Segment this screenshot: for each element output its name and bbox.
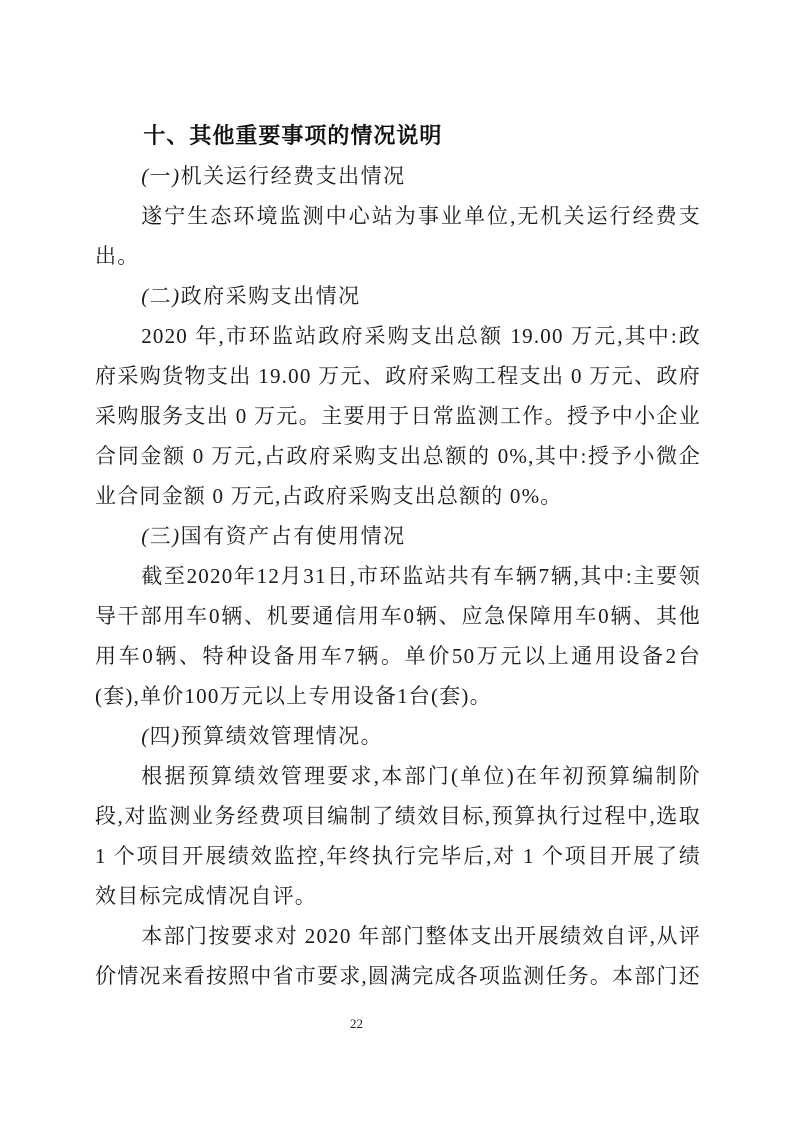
section-title-budget-performance: (四)预算绩效管理情况。 <box>95 716 701 756</box>
section-title-organ-operating-expense: (一)机关运行经费支出情况 <box>95 156 701 196</box>
paragraph-budget-performance-2: 本部门按要求对 2020 年部门整体支出开展绩效自评,从评价情况来看按照中省市要… <box>95 916 701 996</box>
document-page: 十、其他重要事项的情况说明 (一)机关运行经费支出情况 遂宁生态环境监测中心站为… <box>0 0 793 1122</box>
paragraph-budget-performance-1: 根据预算绩效管理要求,本部门(单位)在年初预算编制阶段,对监测业务经费项目编制了… <box>95 756 701 916</box>
document-content: 十、其他重要事项的情况说明 (一)机关运行经费支出情况 遂宁生态环境监测中心站为… <box>95 116 701 996</box>
section-title-state-owned-assets: (三)国有资产占有使用情况 <box>95 516 701 556</box>
paragraph-government-procurement: 2020 年,市环监站政府采购支出总额 19.00 万元,其中:政府采购货物支出… <box>95 316 701 516</box>
page-number: 22 <box>0 1016 713 1032</box>
page-title: 十、其他重要事项的情况说明 <box>95 116 701 156</box>
section-title-government-procurement: (二)政府采购支出情况 <box>95 276 701 316</box>
paragraph-state-owned-assets: 截至2020年12月31日,市环监站共有车辆7辆,其中:主要领导干部用车0辆、机… <box>95 556 701 716</box>
paragraph-organ-operating-expense: 遂宁生态环境监测中心站为事业单位,无机关运行经费支出。 <box>95 196 701 276</box>
